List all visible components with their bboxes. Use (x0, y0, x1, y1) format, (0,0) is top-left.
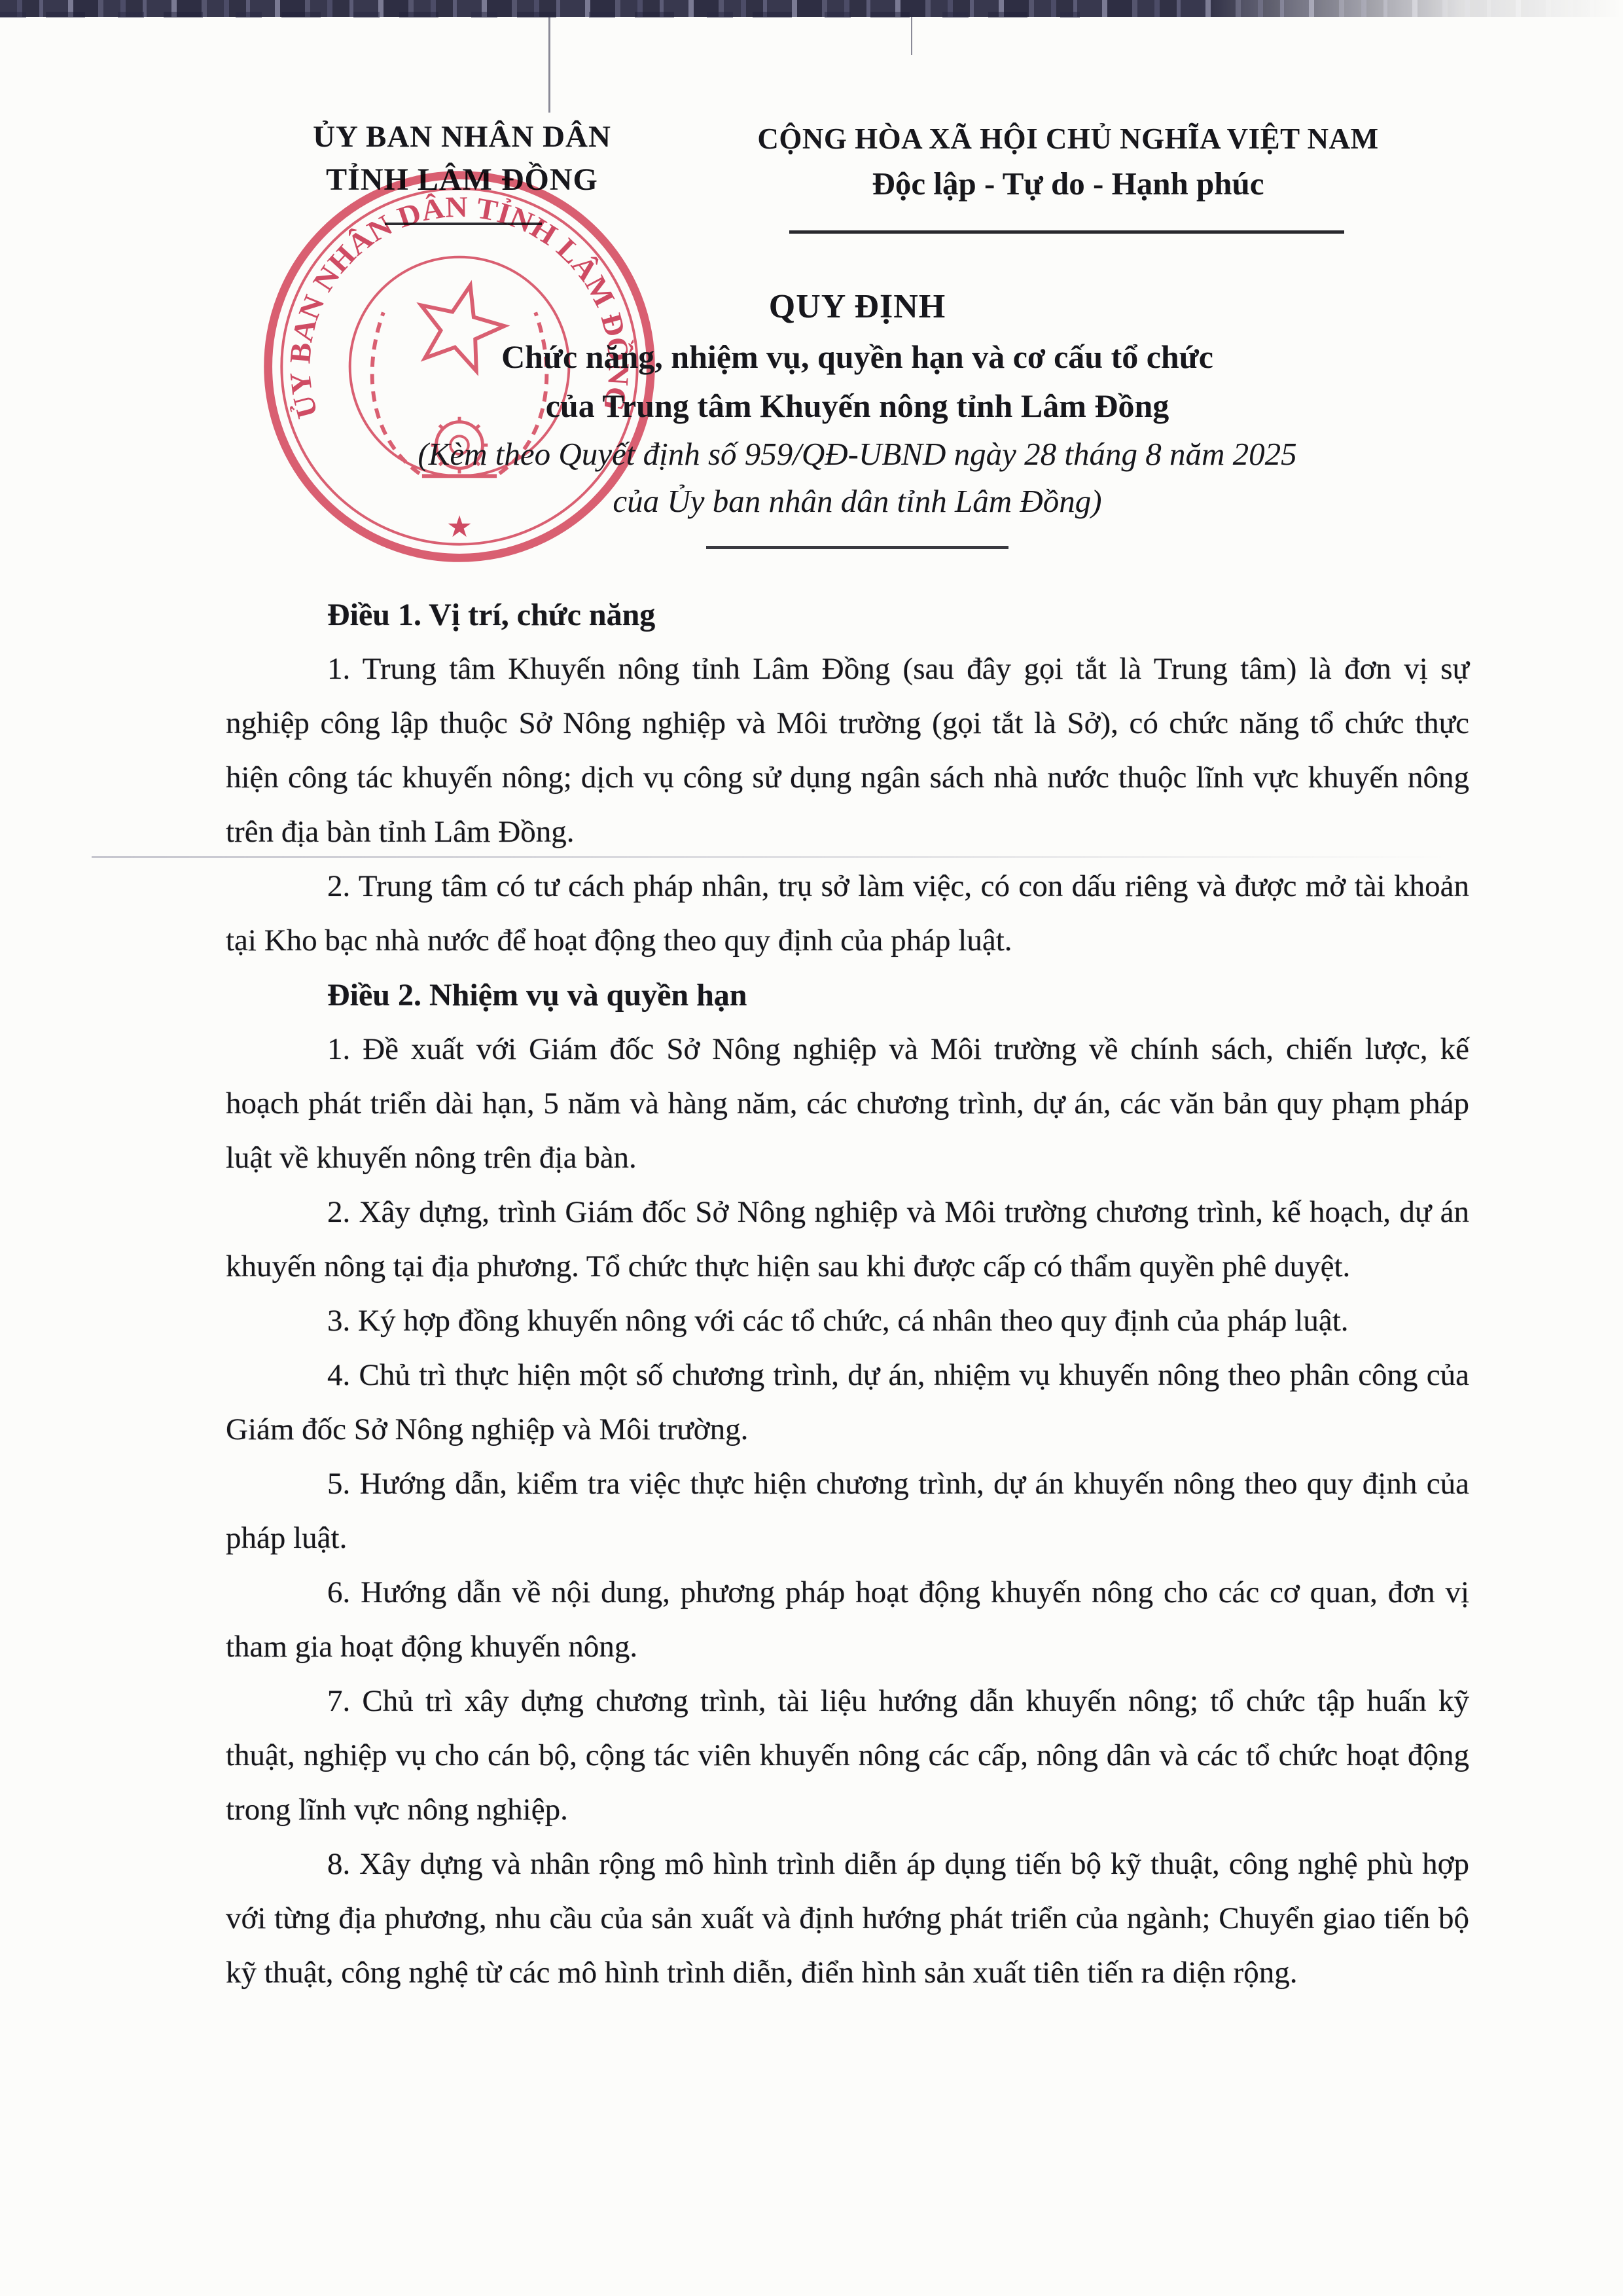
article-2-heading: Điều 2. Nhiệm vụ và quyền hạn (226, 968, 1469, 1022)
title-divider (706, 546, 1008, 549)
issuing-authority-line1: ỦY BAN NHÂN DÂN (229, 115, 695, 158)
national-name-line: CỘNG HÒA XÃ HỘI CHỦ NGHĨA VIỆT NAM (702, 119, 1435, 158)
article-1-paragraph: 2. Trung tâm có tư cách pháp nhân, trụ s… (226, 859, 1469, 968)
title-block: QUY ĐỊNH Chức năng, nhiệm vụ, quyền hạn … (226, 281, 1489, 552)
article-2-item: 7. Chủ trì xây dựng chương trình, tài li… (226, 1674, 1469, 1837)
scan-artifact-top-secondary (0, 12, 1080, 18)
document-subtitle-line1: Chức năng, nhiệm vụ, quyền hạn và cơ cấu… (226, 332, 1489, 382)
article-2-item: 6. Hướng dẫn về nội dung, phương pháp ho… (226, 1566, 1469, 1674)
article-1-heading: Điều 1. Vị trí, chức năng (226, 588, 1469, 642)
article-2-item: 4. Chủ trì thực hiện một số chương trình… (226, 1348, 1469, 1457)
scan-artifact-streak (911, 14, 912, 55)
document-body: Điều 1. Vị trí, chức năng 1. Trung tâm K… (226, 588, 1469, 2000)
national-motto-underline (789, 230, 1344, 234)
article-1-paragraph: 1. Trung tâm Khuyến nông tỉnh Lâm Đồng (… (226, 642, 1469, 859)
document-subtitle-line2: của Trung tâm Khuyến nông tỉnh Lâm Đồng (226, 382, 1489, 431)
document-page: ỦY BAN NHÂN DÂN TỈNH LÂM ĐỒNG CỘNG HÒA X… (0, 0, 1623, 2296)
article-2-item: 3. Ký hợp đồng khuyến nông với các tổ ch… (226, 1294, 1469, 1348)
scan-artifact-streak (548, 16, 550, 113)
article-2-item: 2. Xây dựng, trình Giám đốc Sở Nông nghi… (226, 1185, 1469, 1294)
national-motto-line: Độc lập - Tự do - Hạnh phúc (702, 162, 1435, 206)
article-2-item: 1. Đề xuất với Giám đốc Sở Nông nghiệp v… (226, 1022, 1469, 1185)
attachment-note-line2: của Ủy ban nhân dân tỉnh Lâm Đồng) (226, 478, 1489, 525)
national-header-block: CỘNG HÒA XÃ HỘI CHỦ NGHĨA VIỆT NAM Độc l… (702, 119, 1435, 206)
attachment-note-line1: (Kèm theo Quyết định số 959/QĐ-UBND ngày… (226, 431, 1489, 478)
article-2-item: 5. Hướng dẫn, kiểm tra việc thực hiện ch… (226, 1457, 1469, 1566)
document-title: QUY ĐỊNH (226, 281, 1489, 332)
article-2-item: 8. Xây dựng và nhân rộng mô hình trình d… (226, 1837, 1469, 2000)
